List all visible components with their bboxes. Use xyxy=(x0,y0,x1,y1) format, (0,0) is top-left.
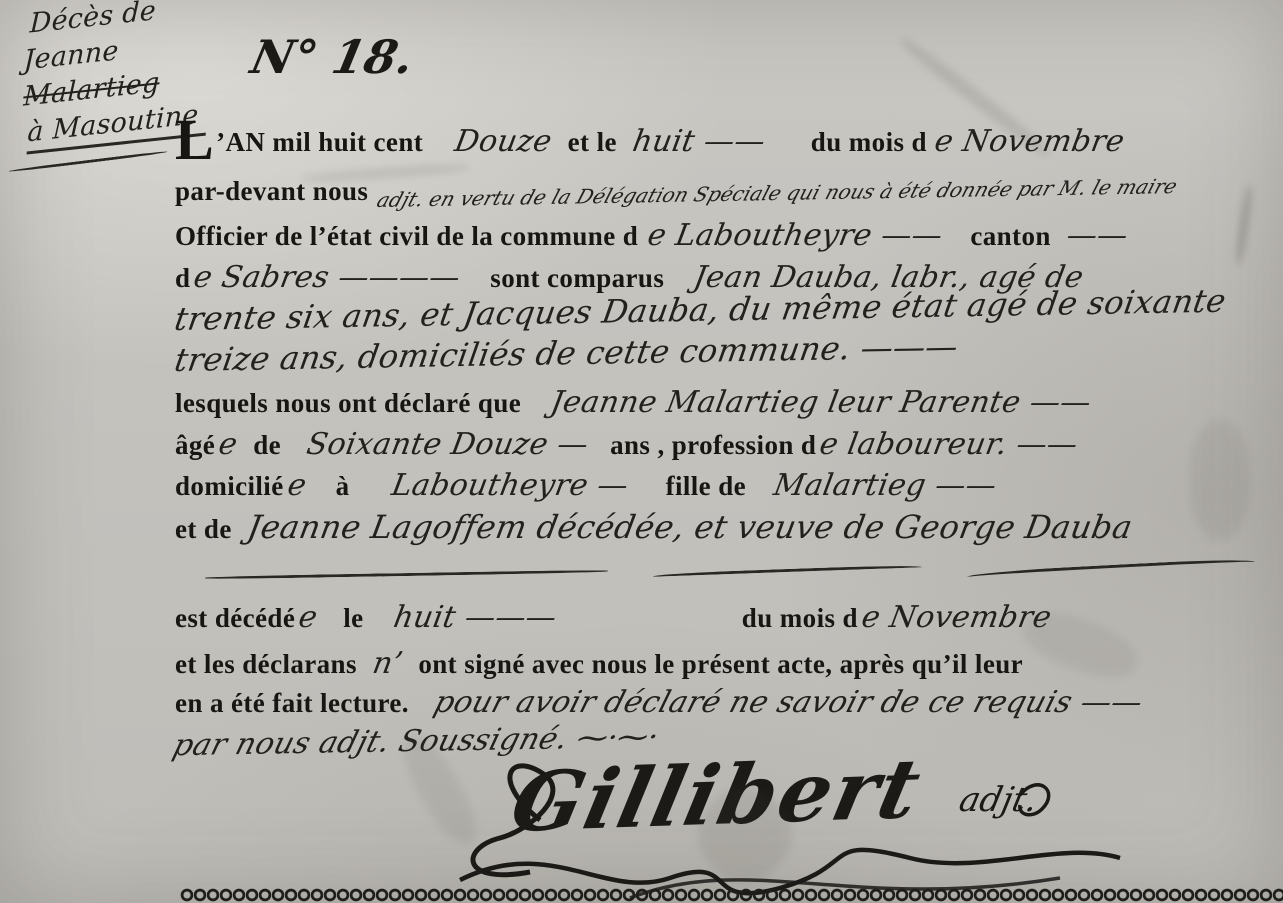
handwritten-text: e Sabres ———— xyxy=(191,260,463,295)
print-text: lesquels nous ont déclaré que xyxy=(175,388,521,418)
handwritten-text: huit —— xyxy=(630,124,768,159)
print-text: sont comparus xyxy=(490,263,664,293)
print-text: et de xyxy=(175,514,232,544)
handwritten-text: Jeanne Lagoffem décédée, et veuve de Geo… xyxy=(244,508,1135,546)
act-line-3: Officier de l’état civil de la commune d… xyxy=(175,218,1139,253)
handwritten-text: pour avoir déclaré ne savoir de ce requi… xyxy=(430,685,1147,720)
print-text: en a été fait lecture. xyxy=(175,688,409,718)
handwritten-text: —— xyxy=(1064,218,1131,253)
handwritten-text: adjt. en vertu de la Délégation Spéciale… xyxy=(374,174,1180,212)
decorative-scallop-border xyxy=(180,887,1283,903)
handwritten-text: e xyxy=(216,427,240,462)
print-text: le xyxy=(343,603,363,633)
handwritten-text: e laboureur. —— xyxy=(817,427,1081,462)
print-text: domicilié xyxy=(175,471,284,501)
scanned-death-record-page: Décès de Jeanne Malartieg à Masoutine N°… xyxy=(0,0,1283,903)
print-text: et le xyxy=(568,127,617,157)
act-line-12: est décédé e le huit ——— du mois d e Nov… xyxy=(175,600,1063,635)
dropcap-letter: L xyxy=(175,107,214,172)
print-text: Officier de l’état civil de la commune d xyxy=(175,221,638,251)
print-text: du mois d xyxy=(811,127,927,157)
signature-title: adjt. xyxy=(956,780,1042,820)
handwritten-text: Douze xyxy=(452,124,555,159)
ruled-dash xyxy=(967,557,1255,583)
print-text: ont signé avec nous le présent acte, apr… xyxy=(418,649,1023,679)
print-text: fille de xyxy=(666,471,746,501)
act-line-9: domicilié e à Laboutheyre — fille de Mal… xyxy=(175,468,1008,503)
handwritten-text: huit ——— xyxy=(390,600,558,635)
handwritten-text: Soixante Douze — xyxy=(304,427,591,462)
handwritten-text: e xyxy=(296,600,320,635)
handwritten-text: Laboutheyre — xyxy=(388,468,630,503)
act-line-10: et de Jeanne Lagoffem décédée, et veuve … xyxy=(175,508,1144,546)
act-line-8: âgé e de Soixante Douze — ans , professi… xyxy=(175,427,1090,462)
act-line-14: en a été fait lecture. pour avoir déclar… xyxy=(175,685,1154,720)
handwritten-text: e xyxy=(285,468,309,503)
print-text: et les déclarans xyxy=(175,649,357,679)
print-text: d xyxy=(175,263,190,293)
bleedthrough-mark xyxy=(1190,420,1250,540)
act-line-1: L’AN mil huit cent Douze et le huit —— d… xyxy=(175,118,1136,162)
handwritten-text: e Laboutheyre —— xyxy=(645,218,945,253)
print-text: ’AN mil huit cent xyxy=(216,127,423,157)
act-number: N° 18. xyxy=(246,30,419,84)
print-text: du mois d xyxy=(742,603,858,633)
print-text: est décédé xyxy=(175,603,295,633)
bleedthrough-mark xyxy=(1234,185,1253,265)
ruled-dash-row xyxy=(205,565,1255,576)
ruled-dash xyxy=(653,564,922,580)
ruled-dash xyxy=(205,569,608,579)
handwritten-text: Jeanne Malartieg leur Parente —— xyxy=(548,385,1094,420)
act-line-7: lesquels nous ont déclaré que Jeanne Mal… xyxy=(175,385,1103,420)
print-text: à xyxy=(336,471,350,501)
print-text: de xyxy=(253,430,281,460)
print-text: âgé xyxy=(175,430,215,460)
print-text: canton xyxy=(970,221,1050,251)
handwritten-text: n’ xyxy=(370,646,406,681)
act-line-13: et les déclarans n’ ont signé avec nous … xyxy=(175,646,1035,681)
handwritten-text: Malartieg —— xyxy=(771,468,999,503)
print-text: ans , profession d xyxy=(610,430,816,460)
